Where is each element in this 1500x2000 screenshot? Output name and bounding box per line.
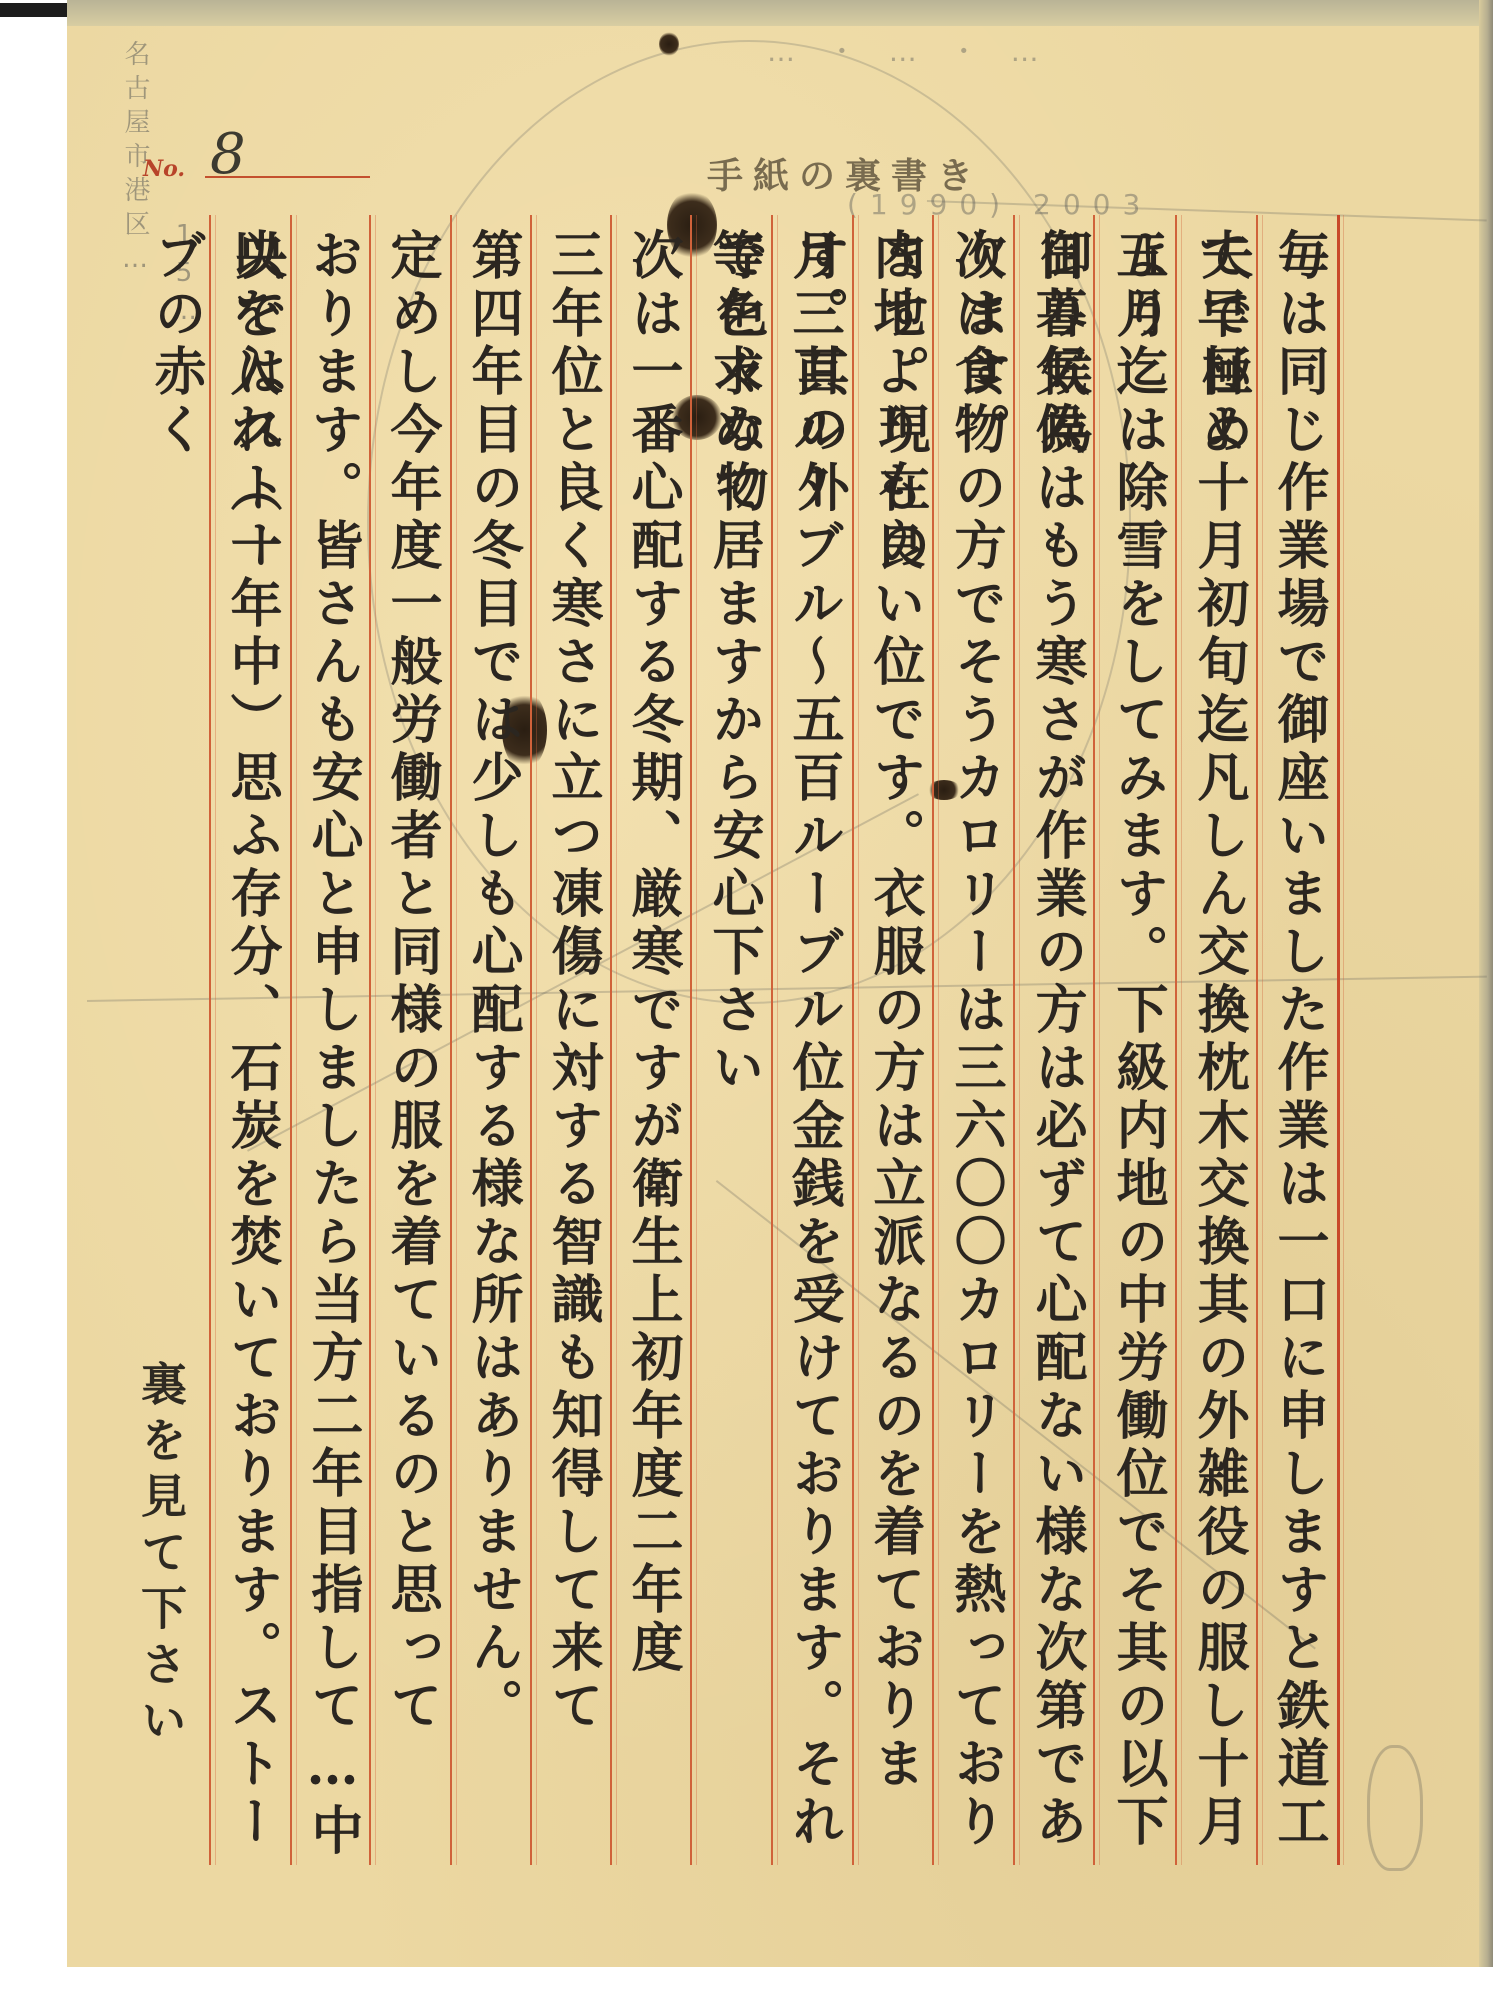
ruled-line xyxy=(1175,215,1177,1865)
paper-top-edge xyxy=(67,0,1493,26)
ruled-line xyxy=(610,215,612,1865)
text-column-3: 五月迄は除雪をしてみます。下級内地の中労働位でそ其の以下御り候為 xyxy=(1099,228,1175,1868)
pencil-stamp-mark xyxy=(1367,1745,1423,1871)
ruled-line xyxy=(530,215,532,1865)
ruled-line-outer xyxy=(1337,215,1340,1865)
text-column-8: 等を求めて居ますから安心下さい xyxy=(695,228,771,1868)
text-column-2: て早目よ十月初旬迄凡しん交換枕木交換其の外雑役の服し十月より xyxy=(1180,228,1256,1868)
text-column-13: おります。皆さんも安心と申しましたら当方二年目指して…中央ではストー xyxy=(294,228,370,1868)
ruled-line xyxy=(690,215,692,1865)
text-column-1: 毎は同じ作業場で御座いました作業は一口に申しますと鉄道工夫で極め xyxy=(1260,228,1336,1868)
ruled-line xyxy=(450,215,452,1865)
paper-right-edge xyxy=(1479,0,1493,1967)
text-column-7: 月三百ルーブル～五百ルーブル位金銭を受けております。それで色々な物 xyxy=(775,228,851,1868)
text-column-5: 次は食物の方でそうカロリーは三六〇〇カロリーを熱っております。現在の xyxy=(937,228,1013,1868)
text-column-6: 内地よりも良い位です。衣服の方は立派なるのを着ております。其の外 xyxy=(856,228,932,1868)
ruled-line xyxy=(1256,215,1258,1865)
text-column-4: 日暮気候はもう寒さが作業の方は必ずて心配ない様な次第であります。 xyxy=(1018,228,1094,1868)
top-dark-bar xyxy=(0,3,67,17)
text-column-14: 以を入れ（一年中）思ふ存分、石炭を焚いております。ストーブの赤く xyxy=(213,228,289,1868)
page-number-underline xyxy=(205,176,370,178)
pencil-top-header: … ・ … ・ … xyxy=(767,30,1051,70)
ruled-line xyxy=(209,215,211,1865)
text-column-12: 定めし今年度一般労働者と同様の服を着ているのと思って xyxy=(373,228,449,1868)
text-column-9: 次は一番心配する冬期、厳寒ですが衛生上初年度二年度 xyxy=(614,228,690,1868)
text-column-11: 第四年目の冬目では少しも心配する様な所はありません。 xyxy=(454,228,530,1868)
pencil-top-row: (1990) 2003 xyxy=(847,188,1152,221)
margin-note-see-reverse: 裏を見て下さい xyxy=(128,1360,194,1752)
page-number-label: No. xyxy=(143,156,185,182)
ruled-line xyxy=(1013,215,1015,1865)
text-column-10: 三年位と良く寒さに立つ凍傷に対する智識も知得して来て xyxy=(534,228,610,1868)
ink-blot xyxy=(659,32,679,56)
